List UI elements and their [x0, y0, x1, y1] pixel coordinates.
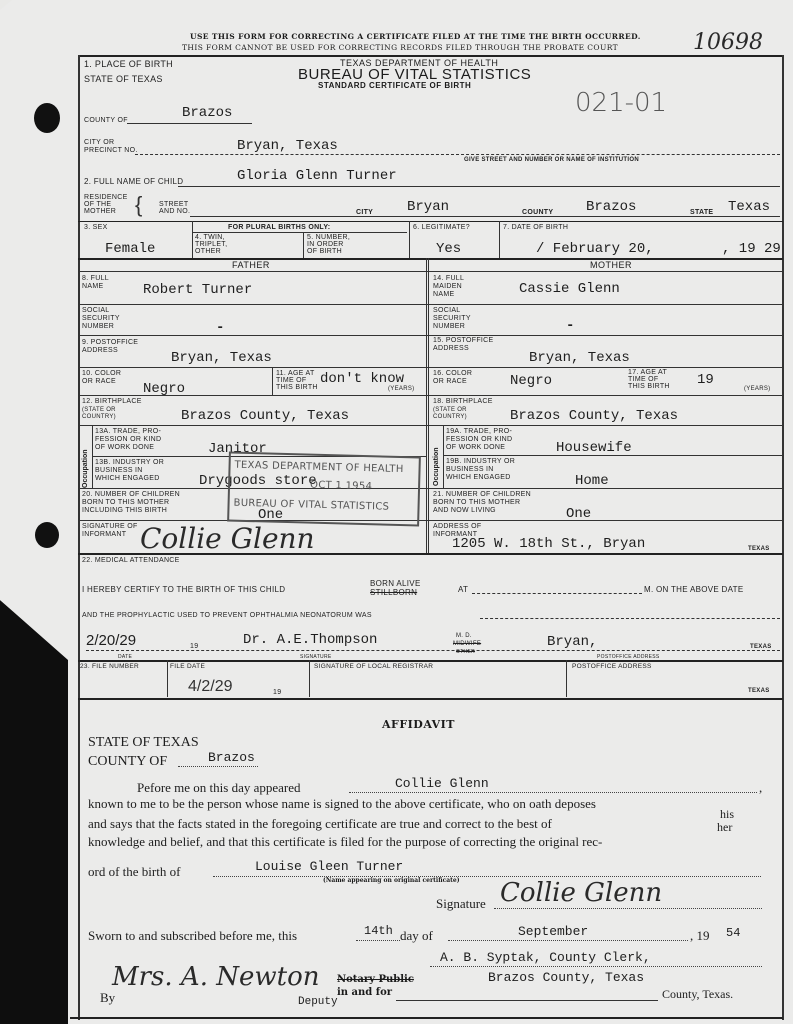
father-heading: FATHER: [232, 260, 270, 270]
child-name-label: 2. FULL NAME OF CHILD: [84, 178, 183, 186]
stamp-line-3: BUREAU OF VITAL STATISTICS: [233, 498, 389, 513]
sex-label: 3. SEX: [84, 224, 108, 232]
affidavit-line-4: knowledge and belief, and that this cert…: [88, 834, 602, 850]
col-divider: [192, 221, 193, 258]
row-divider: [78, 335, 783, 336]
res-county-label: COUNTY: [522, 209, 553, 217]
time-line: [472, 593, 642, 594]
row-divider: [78, 304, 783, 305]
col-divider: [443, 425, 444, 488]
informant-signature-label-2: INFORMANT: [82, 531, 126, 539]
mother-industry-label-1: 19B. INDUSTRY OR: [446, 458, 515, 466]
father-trade-label-1: 13A. TRADE, PRO-: [95, 428, 161, 436]
number-label-3: OF BIRTH: [307, 248, 342, 256]
md-label: M. D.: [456, 632, 472, 640]
mother-trade-label-3: OF WORK DONE: [446, 444, 505, 452]
county-texas-label: County, Texas.: [662, 987, 733, 1002]
father-birthplace-value: Brazos County, Texas: [181, 408, 349, 424]
informant-signature: Collie Glenn: [140, 522, 315, 555]
handwritten-code: 021-01: [575, 88, 667, 118]
medical-state: TEXAS: [750, 643, 772, 651]
dob-value: / February 20,: [536, 241, 654, 257]
mother-age-label-3: THIS BIRTH: [628, 383, 670, 391]
col-divider: [309, 660, 310, 697]
father-ssn-label-1: SOCIAL: [82, 307, 109, 315]
state-of-texas-label: STATE OF TEXAS: [84, 75, 163, 83]
affidavit-county-value: Brazos: [208, 750, 255, 765]
registrar-label: SIGNATURE OF LOCAL REGISTRAR: [314, 663, 433, 671]
col-divider: [566, 660, 567, 697]
in-and-for-label: in and for: [337, 987, 392, 998]
appeared-label: Pefore me on this day appeared: [137, 780, 301, 796]
city-label-1: CITY OR: [84, 139, 114, 147]
father-industry-label-2: BUSINESS IN: [95, 467, 143, 475]
father-name-value: Robert Turner: [143, 282, 252, 298]
mother-birthplace-label-1: 18. BIRTHPLACE: [433, 398, 493, 406]
m-on-date-label: M. ON THE ABOVE DATE: [644, 586, 744, 594]
frame-bottom: [70, 1017, 783, 1019]
city-label-2: PRECINCT NO.: [84, 147, 138, 155]
father-address-label-2: ADDRESS: [82, 347, 118, 355]
at-label: AT: [458, 586, 468, 594]
affidavit-county-label: COUNTY OF: [88, 754, 167, 770]
father-ssn-label-3: NUMBER: [82, 323, 114, 331]
mother-ssn-label-2: SECURITY: [433, 315, 471, 323]
notary-label: Notary Public: [337, 974, 414, 985]
notary-county-value: Brazos County, Texas: [488, 970, 644, 985]
appeared-name: Collie Glenn: [395, 776, 489, 791]
affidavit-line-3: and says that the facts stated in the fo…: [88, 816, 552, 832]
father-industry-label-1: 13B. INDUSTRY OR: [95, 459, 164, 467]
city-line: [135, 154, 780, 155]
frame-top: [78, 55, 783, 57]
res-state-label: STATE: [690, 209, 713, 217]
children-living-label-3: AND NOW LIVING: [433, 507, 496, 515]
res-state-value: Texas: [728, 199, 770, 215]
medical-heading: 22. MEDICAL ATTENDANCE: [82, 557, 180, 565]
mother-industry-label-2: BUSINESS IN: [446, 466, 494, 474]
row-divider: [78, 698, 783, 700]
row-divider: [78, 395, 783, 396]
col-divider: [409, 221, 410, 258]
day-of-label: day of: [400, 928, 433, 944]
frame-right: [782, 55, 784, 1020]
mother-address-label-1: 15. POSTOFFICE: [433, 337, 493, 345]
res-city-value: Bryan: [407, 199, 449, 215]
file-date-value: 4/2/29: [188, 678, 232, 696]
affidavit-signature: Collie Glenn: [500, 878, 662, 908]
notary-county-line: [396, 1000, 658, 1001]
mother-color-value: Negro: [510, 373, 552, 389]
sex-value: Female: [105, 241, 155, 257]
deputy-signature: Mrs. A. Newton: [112, 962, 319, 992]
row-divider: [78, 520, 783, 521]
original-name-line: [213, 876, 761, 877]
row-divider: [78, 221, 783, 222]
midwife-label: MIDWIFE: [453, 640, 481, 648]
pronoun-her: her: [717, 820, 732, 835]
other-label: OTHER: [456, 648, 475, 656]
row-divider: [78, 258, 783, 260]
received-stamp: TEXAS DEPARTMENT OF HEALTH OCT 1 1954 BU…: [227, 451, 421, 526]
mother-address-label-2: ADDRESS: [433, 345, 469, 353]
sworn-month-line: [448, 940, 688, 941]
child-name-line: [178, 186, 780, 187]
sworn-day-value: 14th: [364, 924, 393, 938]
affidavit-signature-label: Signature: [436, 896, 486, 912]
row-divider: [443, 455, 783, 456]
punch-hole: [35, 522, 59, 548]
mother-age-value: 19: [697, 372, 714, 388]
form-title: STANDARD CERTIFICATE OF BIRTH: [318, 81, 471, 90]
prophylactic-line: [480, 618, 780, 619]
legitimate-value: Yes: [436, 241, 461, 257]
county-label: COUNTY OF: [84, 117, 128, 125]
physician-po-address: Bryan,: [547, 634, 597, 650]
res-county-value: Brazos: [586, 199, 636, 215]
punch-hole: [34, 103, 60, 133]
mother-birthplace-value: Brazos County, Texas: [510, 408, 678, 424]
mother-ssn-value: -: [566, 318, 574, 334]
medical-sign-line: [86, 650, 780, 651]
registrar-po-label: POSTOFFICE ADDRESS: [572, 663, 652, 671]
dob-year: , 19 29: [722, 241, 781, 257]
city-value: Bryan, Texas: [237, 138, 338, 154]
county-value: Brazos: [182, 105, 232, 121]
father-name-label-1: 8. FULL: [82, 275, 109, 283]
child-name-value: Gloria Glenn Turner: [237, 168, 397, 184]
mother-industry-value: Home: [575, 473, 609, 489]
stillborn-label: STILLBORN: [370, 589, 417, 597]
sworn-month-value: September: [518, 924, 588, 939]
file-number-label: 23. FILE NUMBER: [80, 663, 139, 671]
father-address-label-1: 9. POSTOFFICE: [82, 339, 138, 347]
affidavit-title: AFFIDAVIT: [382, 718, 455, 731]
certify-label: I HEREBY CERTIFY TO THE BIRTH OF THIS CH…: [82, 586, 285, 594]
legitimate-label: 6. LEGITIMATE?: [413, 224, 470, 232]
frame-left: [78, 55, 80, 1020]
filing-state: TEXAS: [748, 687, 770, 695]
row-divider: [78, 425, 783, 426]
form-restriction-note: THIS FORM CANNOT BE USED FOR CORRECTING …: [182, 43, 618, 52]
father-name-label-2: NAME: [82, 283, 103, 291]
mother-ssn-label-3: NUMBER: [433, 323, 465, 331]
mother-name-value: Cassie Glenn: [519, 281, 620, 297]
children-living-label-1: 21. NUMBER OF CHILDREN: [433, 491, 531, 499]
place-of-birth-label: 1. PLACE OF BIRTH: [84, 60, 173, 68]
mother-address-value: Bryan, Texas: [529, 350, 630, 366]
children-born-label-1: 20. NUMBER OF CHILDREN: [82, 491, 180, 499]
year-prefix: , 19: [690, 928, 710, 944]
informant-address-value: 1205 W. 18th St., Bryan: [452, 536, 645, 552]
prophylactic-label: AND THE PROPHYLACTIC USED TO PREVENT OPH…: [82, 612, 372, 620]
mother-trade-label-1: 19A. TRADE, PRO-: [446, 428, 512, 436]
mother-name-label-3: NAME: [433, 291, 454, 299]
col-divider: [499, 221, 500, 258]
father-trade-label-3: OF WORK DONE: [95, 444, 154, 452]
father-ssn-value: -: [216, 320, 224, 336]
dob-label: 7. DATE OF BIRTH: [503, 224, 568, 232]
mother-trade-label-2: FESSION OR KIND: [446, 436, 512, 444]
mother-color-label-1: 16. COLOR: [433, 370, 472, 378]
handwritten-number: 10698: [693, 30, 763, 55]
father-birthplace-label-3: COUNTRY): [82, 413, 116, 421]
clerk-line: [430, 966, 762, 967]
mother-ssn-label-1: SOCIAL: [433, 307, 460, 315]
affidavit-signature-line: [494, 908, 762, 909]
children-born-label-3: INCLUDING THIS BIRTH: [82, 507, 167, 515]
informant-signature-label-1: SIGNATURE OF: [82, 523, 138, 531]
children-living-label-2: BORN TO THIS MOTHER: [433, 499, 520, 507]
residence-label-3: MOTHER: [84, 208, 116, 216]
comma: ,: [759, 780, 762, 796]
father-color-label-2: OR RACE: [82, 378, 116, 386]
street-label-2: AND NO.: [159, 208, 190, 216]
row-divider: [78, 553, 783, 555]
father-occupation-label: Occupation: [82, 449, 89, 488]
row-divider: [78, 367, 783, 368]
father-industry-label-3: WHICH ENGAGED: [95, 475, 160, 483]
mother-years-label: (YEARS): [744, 385, 770, 393]
father-address-value: Bryan, Texas: [171, 350, 272, 366]
col-divider: [303, 232, 304, 258]
by-label: By: [100, 990, 115, 1006]
father-ssn-label-2: SECURITY: [82, 315, 120, 323]
informant-state: TEXAS: [748, 545, 770, 553]
affidavit-line-2: known to me to be the person whose name …: [88, 796, 596, 812]
col-divider: [272, 367, 273, 395]
original-name-value: Louise Gleen Turner: [255, 859, 403, 874]
street-hint: GIVE STREET AND NUMBER OR NAME OF INSTIT…: [464, 156, 639, 164]
stamp-date: OCT 1 1954: [310, 480, 372, 493]
affidavit-county-line: [178, 766, 258, 767]
row-divider: [78, 488, 783, 489]
form-usage-note: USE THIS FORM FOR CORRECTING A CERTIFICA…: [190, 32, 641, 41]
mother-trade-value: Housewife: [556, 440, 632, 456]
row-divider: [78, 660, 783, 662]
sworn-label: Sworn to and subscribed before me, this: [88, 928, 297, 944]
file-nineteen: 19: [273, 689, 281, 697]
affidavit-state: STATE OF TEXAS: [88, 735, 199, 751]
mother-birthplace-label-3: COUNTRY): [433, 413, 467, 421]
father-years-label: (YEARS): [388, 385, 414, 393]
father-trade-label-2: FESSION OR KIND: [95, 436, 161, 444]
county-line: [127, 123, 252, 124]
row-divider: [78, 271, 783, 272]
year-suffix: 54: [726, 926, 740, 940]
deputy-label: Deputy: [298, 996, 338, 1008]
children-born-label-2: BORN TO THIS MOTHER: [82, 499, 169, 507]
mother-name-label-2: MAIDEN: [433, 283, 462, 291]
mother-heading: MOTHER: [590, 260, 632, 270]
plural-divider: [192, 232, 407, 233]
ord-label: ord of the birth of: [88, 864, 180, 880]
mother-color-label-2: OR RACE: [433, 378, 467, 386]
mother-industry-label-3: WHICH ENGAGED: [446, 474, 511, 482]
original-name-caption: (Name appearing on original certificate): [323, 877, 460, 884]
clerk-name: A. B. Syptak, County Clerk,: [440, 950, 651, 965]
father-age-label-3: THIS BIRTH: [276, 384, 318, 392]
center-divider: [426, 258, 429, 553]
file-date-label: FILE DATE: [170, 663, 205, 671]
medical-date: 2/20/29: [86, 632, 136, 649]
res-city-label: CITY: [356, 209, 373, 217]
sworn-day-line: [356, 940, 400, 941]
born-alive-label: BORN ALIVE: [370, 580, 421, 588]
appeared-line: [349, 792, 757, 793]
col-divider: [167, 660, 168, 697]
mother-occupation-label: Occupation: [433, 447, 440, 486]
mother-name-label-1: 14. FULL: [433, 275, 464, 283]
plural-births-label: FOR PLURAL BIRTHS ONLY:: [228, 224, 330, 232]
physician-signature: Dr. A.E.Thompson: [243, 632, 377, 648]
father-color-label-1: 10. COLOR: [82, 370, 121, 378]
father-birthplace-label-1: 12. BIRTHPLACE: [82, 398, 142, 406]
stamp-line-1: TEXAS DEPARTMENT OF HEALTH: [234, 460, 403, 475]
twin-label-3: OTHER: [195, 248, 221, 256]
brace: {: [135, 192, 142, 218]
informant-address-label-1: ADDRESS OF: [433, 523, 482, 531]
